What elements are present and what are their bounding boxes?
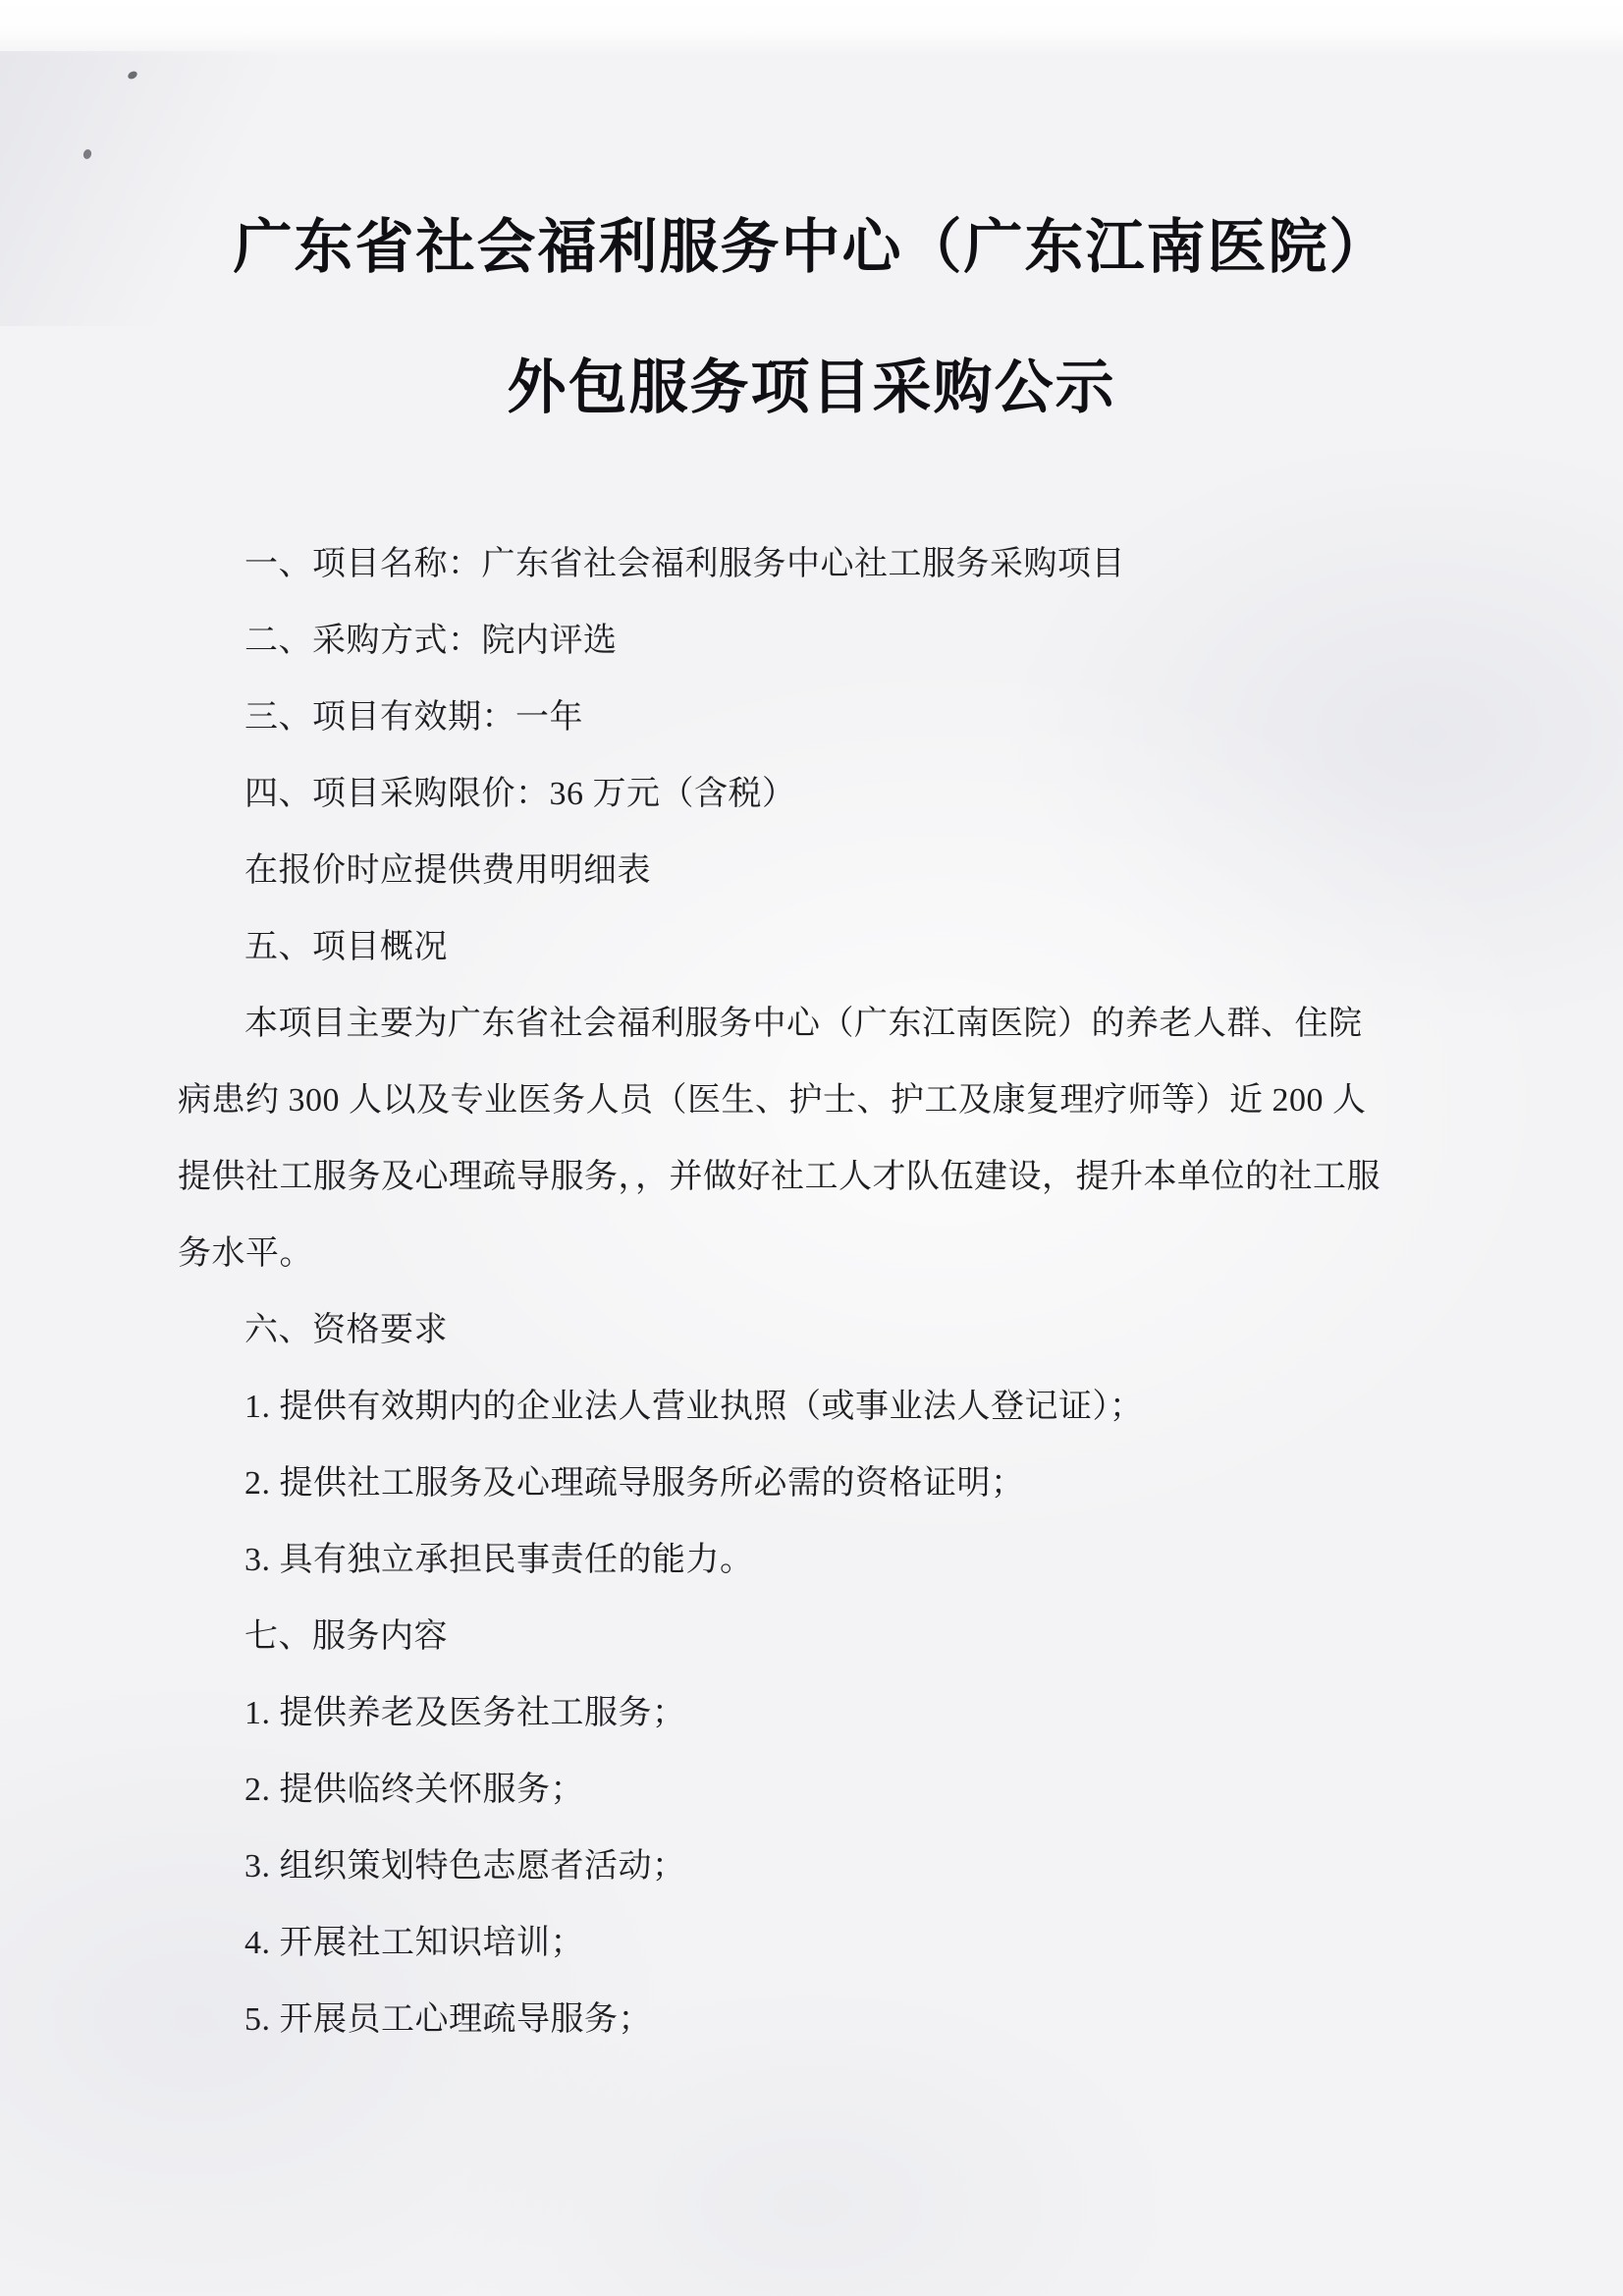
para-overview-line-2: 病患约 300 人以及专业医务人员（医生、护士、护工及康复理疗师等）近 200 … — [178, 1063, 1446, 1139]
scan-top-edge-highlight — [0, 0, 1623, 57]
qualification-item-3: 3. 具有独立承担民事责任的能力。 — [178, 1522, 1446, 1599]
document-title-line-1: 广东省社会福利服务中心（广东江南医院） — [0, 208, 1623, 287]
service-item-1: 1. 提供养老及医务社工服务； — [178, 1675, 1446, 1752]
heading-qualification-requirements: 六、资格要求 — [178, 1292, 1446, 1369]
line-price-limit: 四、项目采购限价：36 万元（含税） — [178, 756, 1446, 833]
service-item-5: 5. 开展员工心理疏导服务； — [178, 1982, 1446, 2058]
document-body: 一、项目名称：广东省社会福利服务中心社工服务采购项目 二、采购方式：院内评选 三… — [178, 526, 1446, 2058]
line-project-name: 一、项目名称：广东省社会福利服务中心社工服务采购项目 — [178, 526, 1446, 603]
line-validity-period: 三、项目有效期：一年 — [178, 680, 1446, 756]
heading-service-content: 七、服务内容 — [178, 1599, 1446, 1675]
service-item-2: 2. 提供临终关怀服务； — [178, 1752, 1446, 1829]
heading-project-overview: 五、项目概况 — [178, 909, 1446, 986]
line-quote-detail-note: 在报价时应提供费用明细表 — [178, 833, 1446, 909]
para-overview-line-1: 本项目主要为广东省社会福利服务中心（广东江南医院）的养老人群、住院 — [178, 986, 1446, 1063]
service-item-3: 3. 组织策划特色志愿者活动； — [178, 1829, 1446, 1905]
para-overview-line-4: 务水平。 — [178, 1216, 1446, 1292]
service-item-4: 4. 开展社工知识培训； — [178, 1905, 1446, 1982]
qualification-item-2: 2. 提供社工服务及心理疏导服务所必需的资格证明； — [178, 1446, 1446, 1522]
document-title-line-2: 外包服务项目采购公示 — [0, 349, 1623, 427]
para-overview-line-3: 提供社工服务及心理疏导服务，，并做好社工人才队伍建设，提升本单位的社工服 — [178, 1139, 1446, 1216]
qualification-item-1: 1. 提供有效期内的企业法人营业执照（或事业法人登记证）； — [178, 1369, 1446, 1446]
line-procurement-method: 二、采购方式：院内评选 — [178, 603, 1446, 680]
